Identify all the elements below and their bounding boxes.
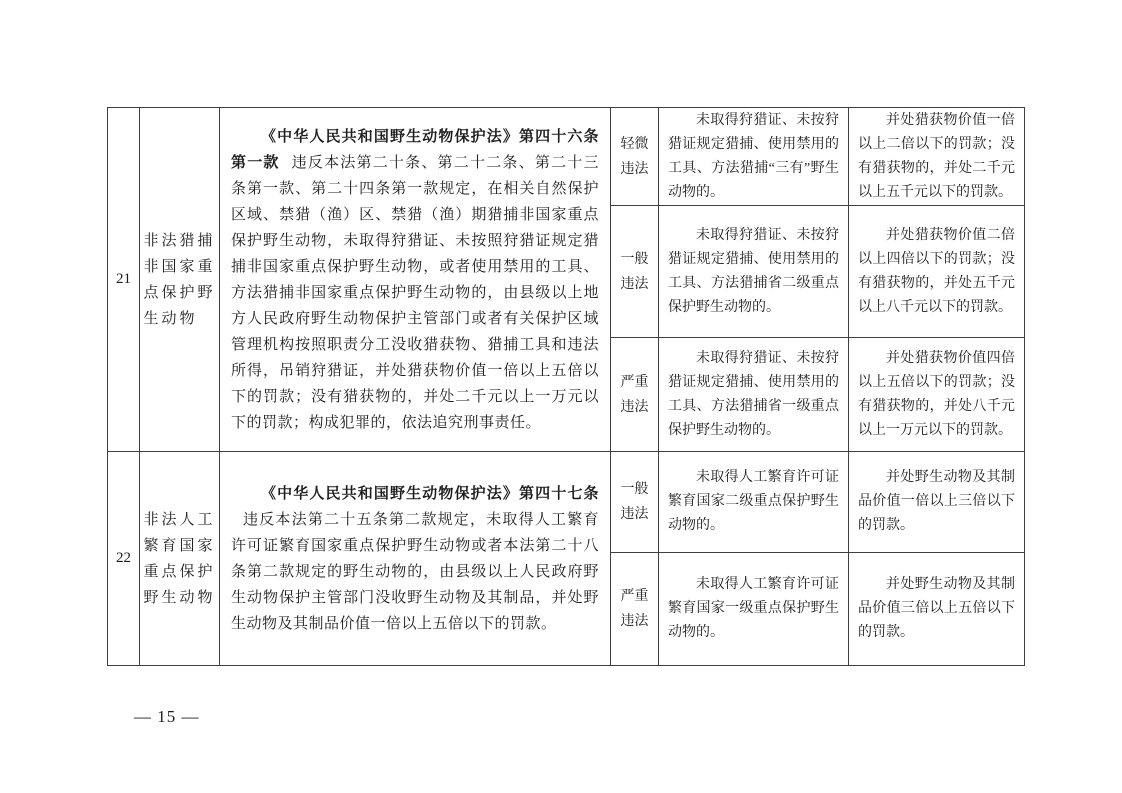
violation-desc: 未取得人工繁育许可证繁育国家二级重点保护野生动物的。 (659, 466, 848, 538)
violation-desc: 未取得人工繁育许可证繁育国家一级重点保护野生动物的。 (659, 573, 848, 645)
sub-row: 一般违法 未取得人工繁育许可证繁育国家二级重点保护野生动物的。 并处野生动物及其… (611, 452, 1024, 553)
row-number: 21 (116, 271, 131, 288)
penalty-cell: 并处猎获物价值二倍以上四倍以下的罚款；没有猎获物的，并处五千元以上八千元以下的罚… (849, 206, 1024, 337)
law-citation: 《中华人民共和国野生动物保护法》第四十七条 (261, 486, 599, 502)
row-number-cell: 22 (108, 452, 140, 665)
law-provision-text: 违反本法第二十五条第二款规定，未取得人工繁育许可证繁育国家重点保护野生动物或者本… (231, 512, 599, 632)
document-page: 21 非法猎捕非国家重点保护野生动物 《中华人民共和国野生动物保护法》第四十六条… (0, 0, 1122, 793)
violation-name-cell: 非法猎捕非国家重点保护野生动物 (140, 108, 220, 451)
row-number-cell: 21 (108, 108, 140, 451)
violation-name: 非法猎捕非国家重点保护野生动物 (144, 228, 216, 332)
severity-label: 严重违法 (620, 370, 650, 420)
sub-row: 一般违法 未取得狩猎证、未按狩猎证规定猎捕、使用禁用的工具、方法猎捕省二级重点保… (611, 206, 1024, 338)
regulation-penalty-table: 21 非法猎捕非国家重点保护野生动物 《中华人民共和国野生动物保护法》第四十六条… (107, 107, 1025, 666)
severity-sub-rows: 一般违法 未取得人工繁育许可证繁育国家二级重点保护野生动物的。 并处野生动物及其… (611, 452, 1024, 665)
law-provision-text: 违反本法第二十条、第二十二条、第二十三条第一款、第二十四条第一款规定，在相关自然… (231, 155, 599, 431)
penalty-text: 并处猎获物价值四倍以上五倍以下的罚款；没有猎获物的，并处八千元以上一万元以下的罚… (849, 347, 1024, 443)
legal-basis-cell: 《中华人民共和国野生动物保护法》第四十七条违反本法第二十五条第二款规定，未取得人… (220, 452, 611, 665)
violation-desc-cell: 未取得人工繁育许可证繁育国家一级重点保护野生动物的。 (659, 553, 849, 665)
legal-basis-text: 《中华人民共和国野生动物保护法》第四十七条违反本法第二十五条第二款规定，未取得人… (220, 481, 610, 637)
violation-name: 非法人工繁育国家重点保护野生动物 (144, 507, 216, 611)
severity-label: 一般违法 (620, 477, 650, 527)
penalty-text: 并处野生动物及其制品价值一倍以上三倍以下的罚款。 (849, 466, 1024, 538)
penalty-text: 并处猎获物价值二倍以上四倍以下的罚款；没有猎获物的，并处五千元以上八千元以下的罚… (849, 224, 1024, 320)
violation-desc: 未取得狩猎证、未按狩猎证规定猎捕、使用禁用的工具、方法猎捕省一级重点保护野生动物… (659, 347, 848, 443)
violation-name-cell: 非法人工繁育国家重点保护野生动物 (140, 452, 220, 665)
sub-row: 严重违法 未取得狩猎证、未按狩猎证规定猎捕、使用禁用的工具、方法猎捕省一级重点保… (611, 338, 1024, 451)
page-number: — 15 — (134, 707, 200, 727)
penalty-text: 并处猎获物价值一倍以上二倍以下的罚款；没有猎获物的，并处二千元以上五千元以下的罚… (849, 109, 1024, 205)
violation-desc-cell: 未取得狩猎证、未按狩猎证规定猎捕、使用禁用的工具、方法猎捕省二级重点保护野生动物… (659, 206, 849, 337)
legal-basis-cell: 《中华人民共和国野生动物保护法》第四十六条第一款违反本法第二十条、第二十二条、第… (220, 108, 611, 451)
violation-desc-cell: 未取得狩猎证、未按狩猎证规定猎捕、使用禁用的工具、方法猎捕“三有”野生动物的。 (659, 108, 849, 205)
severity-label: 严重违法 (620, 584, 650, 634)
severity-label: 一般违法 (620, 247, 650, 297)
penalty-cell: 并处猎获物价值四倍以上五倍以下的罚款；没有猎获物的，并处八千元以上一万元以下的罚… (849, 338, 1024, 451)
violation-desc: 未取得狩猎证、未按狩猎证规定猎捕、使用禁用的工具、方法猎捕“三有”野生动物的。 (659, 109, 848, 205)
severity-cell: 一般违法 (611, 452, 659, 552)
severity-sub-rows: 轻微违法 未取得狩猎证、未按狩猎证规定猎捕、使用禁用的工具、方法猎捕“三有”野生… (611, 108, 1024, 451)
severity-cell: 严重违法 (611, 553, 659, 665)
legal-basis-text: 《中华人民共和国野生动物保护法》第四十六条第一款违反本法第二十条、第二十二条、第… (220, 124, 610, 436)
violation-desc-cell: 未取得狩猎证、未按狩猎证规定猎捕、使用禁用的工具、方法猎捕省一级重点保护野生动物… (659, 338, 849, 451)
violation-desc: 未取得狩猎证、未按狩猎证规定猎捕、使用禁用的工具、方法猎捕省二级重点保护野生动物… (659, 224, 848, 320)
table-row: 21 非法猎捕非国家重点保护野生动物 《中华人民共和国野生动物保护法》第四十六条… (108, 108, 1024, 452)
violation-desc-cell: 未取得人工繁育许可证繁育国家二级重点保护野生动物的。 (659, 452, 849, 552)
severity-cell: 一般违法 (611, 206, 659, 337)
penalty-cell: 并处野生动物及其制品价值三倍以上五倍以下的罚款。 (849, 553, 1024, 665)
penalty-cell: 并处野生动物及其制品价值一倍以上三倍以下的罚款。 (849, 452, 1024, 552)
sub-row: 轻微违法 未取得狩猎证、未按狩猎证规定猎捕、使用禁用的工具、方法猎捕“三有”野生… (611, 108, 1024, 206)
severity-cell: 严重违法 (611, 338, 659, 451)
penalty-cell: 并处猎获物价值一倍以上二倍以下的罚款；没有猎获物的，并处二千元以上五千元以下的罚… (849, 108, 1024, 205)
sub-row: 严重违法 未取得人工繁育许可证繁育国家一级重点保护野生动物的。 并处野生动物及其… (611, 553, 1024, 665)
table-row: 22 非法人工繁育国家重点保护野生动物 《中华人民共和国野生动物保护法》第四十七… (108, 452, 1024, 665)
penalty-text: 并处野生动物及其制品价值三倍以上五倍以下的罚款。 (849, 573, 1024, 645)
severity-cell: 轻微违法 (611, 108, 659, 205)
row-number: 22 (116, 550, 131, 567)
severity-label: 轻微违法 (620, 132, 650, 182)
